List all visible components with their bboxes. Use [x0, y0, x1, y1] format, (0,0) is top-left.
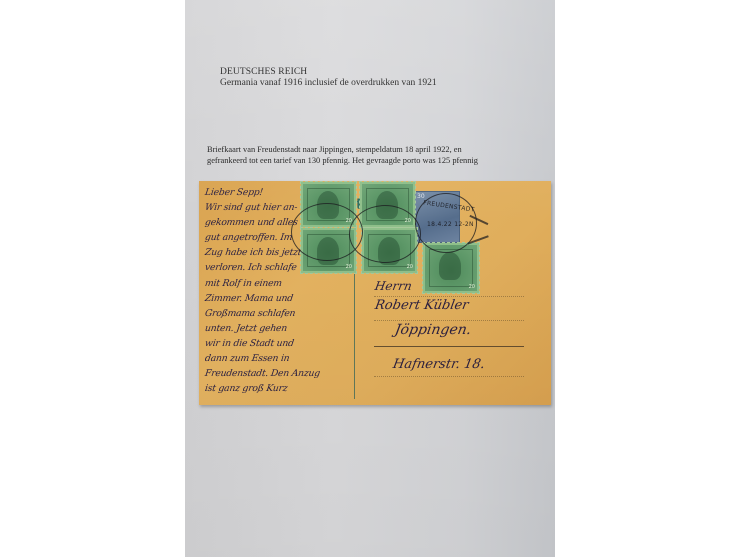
album-page: DEUTSCHES REICH Germania vanaf 1916 incl… — [185, 0, 555, 557]
address-street: Hafnerstr. 18. — [392, 357, 486, 372]
caption-line-2: gefrankeerd tot een tarief van 130 pfenn… — [207, 156, 537, 167]
message-line: dann zum Essen in — [204, 351, 354, 366]
message-line: Großmama schlafen — [204, 306, 354, 321]
caption-line-1: Briefkaart van Freudenstadt naar Jipping… — [207, 145, 537, 156]
message-line: Zimmer. Mama und — [204, 291, 354, 306]
page-heading: DEUTSCHES REICH Germania vanaf 1916 incl… — [220, 67, 437, 89]
address-rule — [374, 320, 524, 321]
message-line: ist ganz groß Kurz — [204, 381, 354, 396]
postmark-circle — [349, 205, 421, 263]
address-rule — [374, 346, 524, 347]
message-line: mit Rolf in einem — [204, 276, 354, 291]
message-line: unten. Jetzt gehen — [204, 321, 354, 336]
postcard: Lieber Sepp! Wir sind gut hier an- gekom… — [199, 181, 551, 405]
address-rule — [374, 376, 524, 377]
address-salutation: Herrn — [374, 279, 413, 293]
heading-subtitle: Germania vanaf 1916 inclusief de overdru… — [220, 78, 437, 89]
address-town: Jöppingen. — [394, 322, 473, 338]
address-name: Robert Kübler — [374, 298, 470, 313]
postmark-date: 18.4.22 12-2N — [427, 221, 474, 228]
address-rule — [374, 296, 524, 297]
message-line: Freudenstadt. Den Anzug — [204, 366, 354, 381]
germania-figure — [439, 252, 461, 280]
heading-title: DEUTSCHES REICH — [220, 67, 437, 78]
message-line: wir in die Stadt und — [204, 336, 354, 351]
item-caption: Briefkaart van Freudenstadt naar Jipping… — [207, 145, 537, 166]
